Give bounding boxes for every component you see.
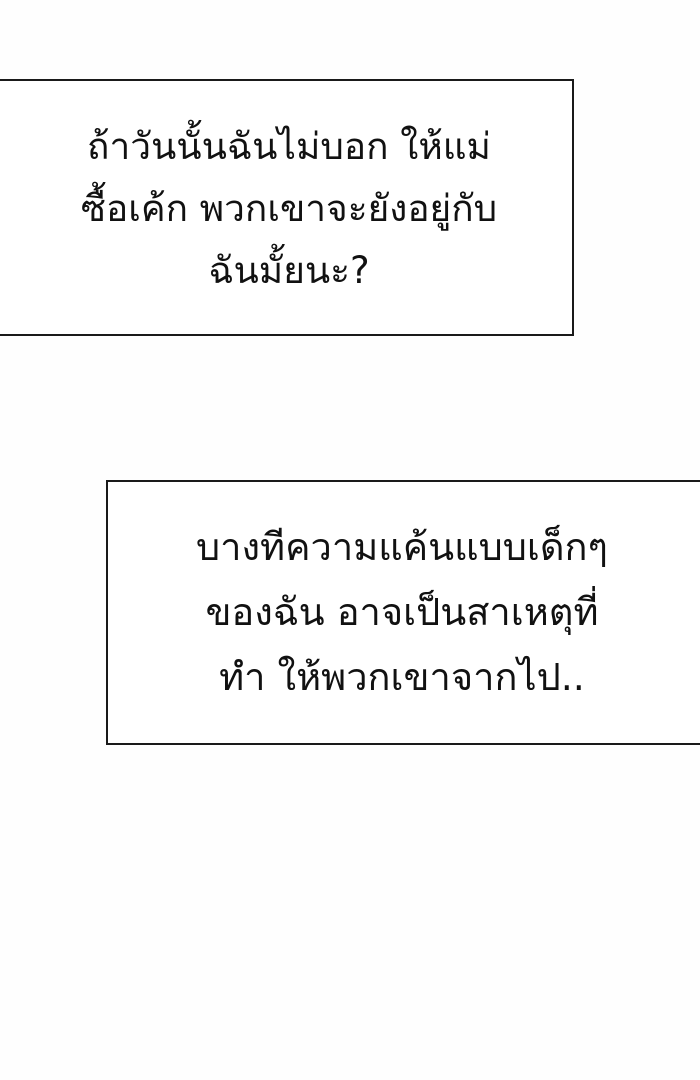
narration-box-1: ถ้าวันนั้นฉันไม่บอก ให้แม่ ซื้อเค้ก พวกเ… — [0, 79, 574, 336]
narration-line: ทำ ให้พวกเขาจากไป.. — [196, 645, 608, 710]
narration-line: ฉันมั้ยนะ? — [81, 240, 497, 302]
narration-text-1: ถ้าวันนั้นฉันไม่บอก ให้แม่ ซื้อเค้ก พวกเ… — [73, 114, 497, 302]
narration-line: ถ้าวันนั้นฉันไม่บอก ให้แม่ — [81, 116, 497, 178]
narration-line: ซื้อเค้ก พวกเขาจะยังอยู่กับ — [81, 178, 497, 240]
narration-line: บางทีความแค้นแบบเด็กๆ — [196, 515, 608, 580]
narration-line: ของฉัน อาจเป็นสาเหตุที่ — [196, 580, 608, 645]
narration-text-2: บางทีความแค้นแบบเด็กๆ ของฉัน อาจเป็นสาเห… — [196, 515, 616, 710]
narration-box-2: บางทีความแค้นแบบเด็กๆ ของฉัน อาจเป็นสาเห… — [106, 480, 700, 745]
